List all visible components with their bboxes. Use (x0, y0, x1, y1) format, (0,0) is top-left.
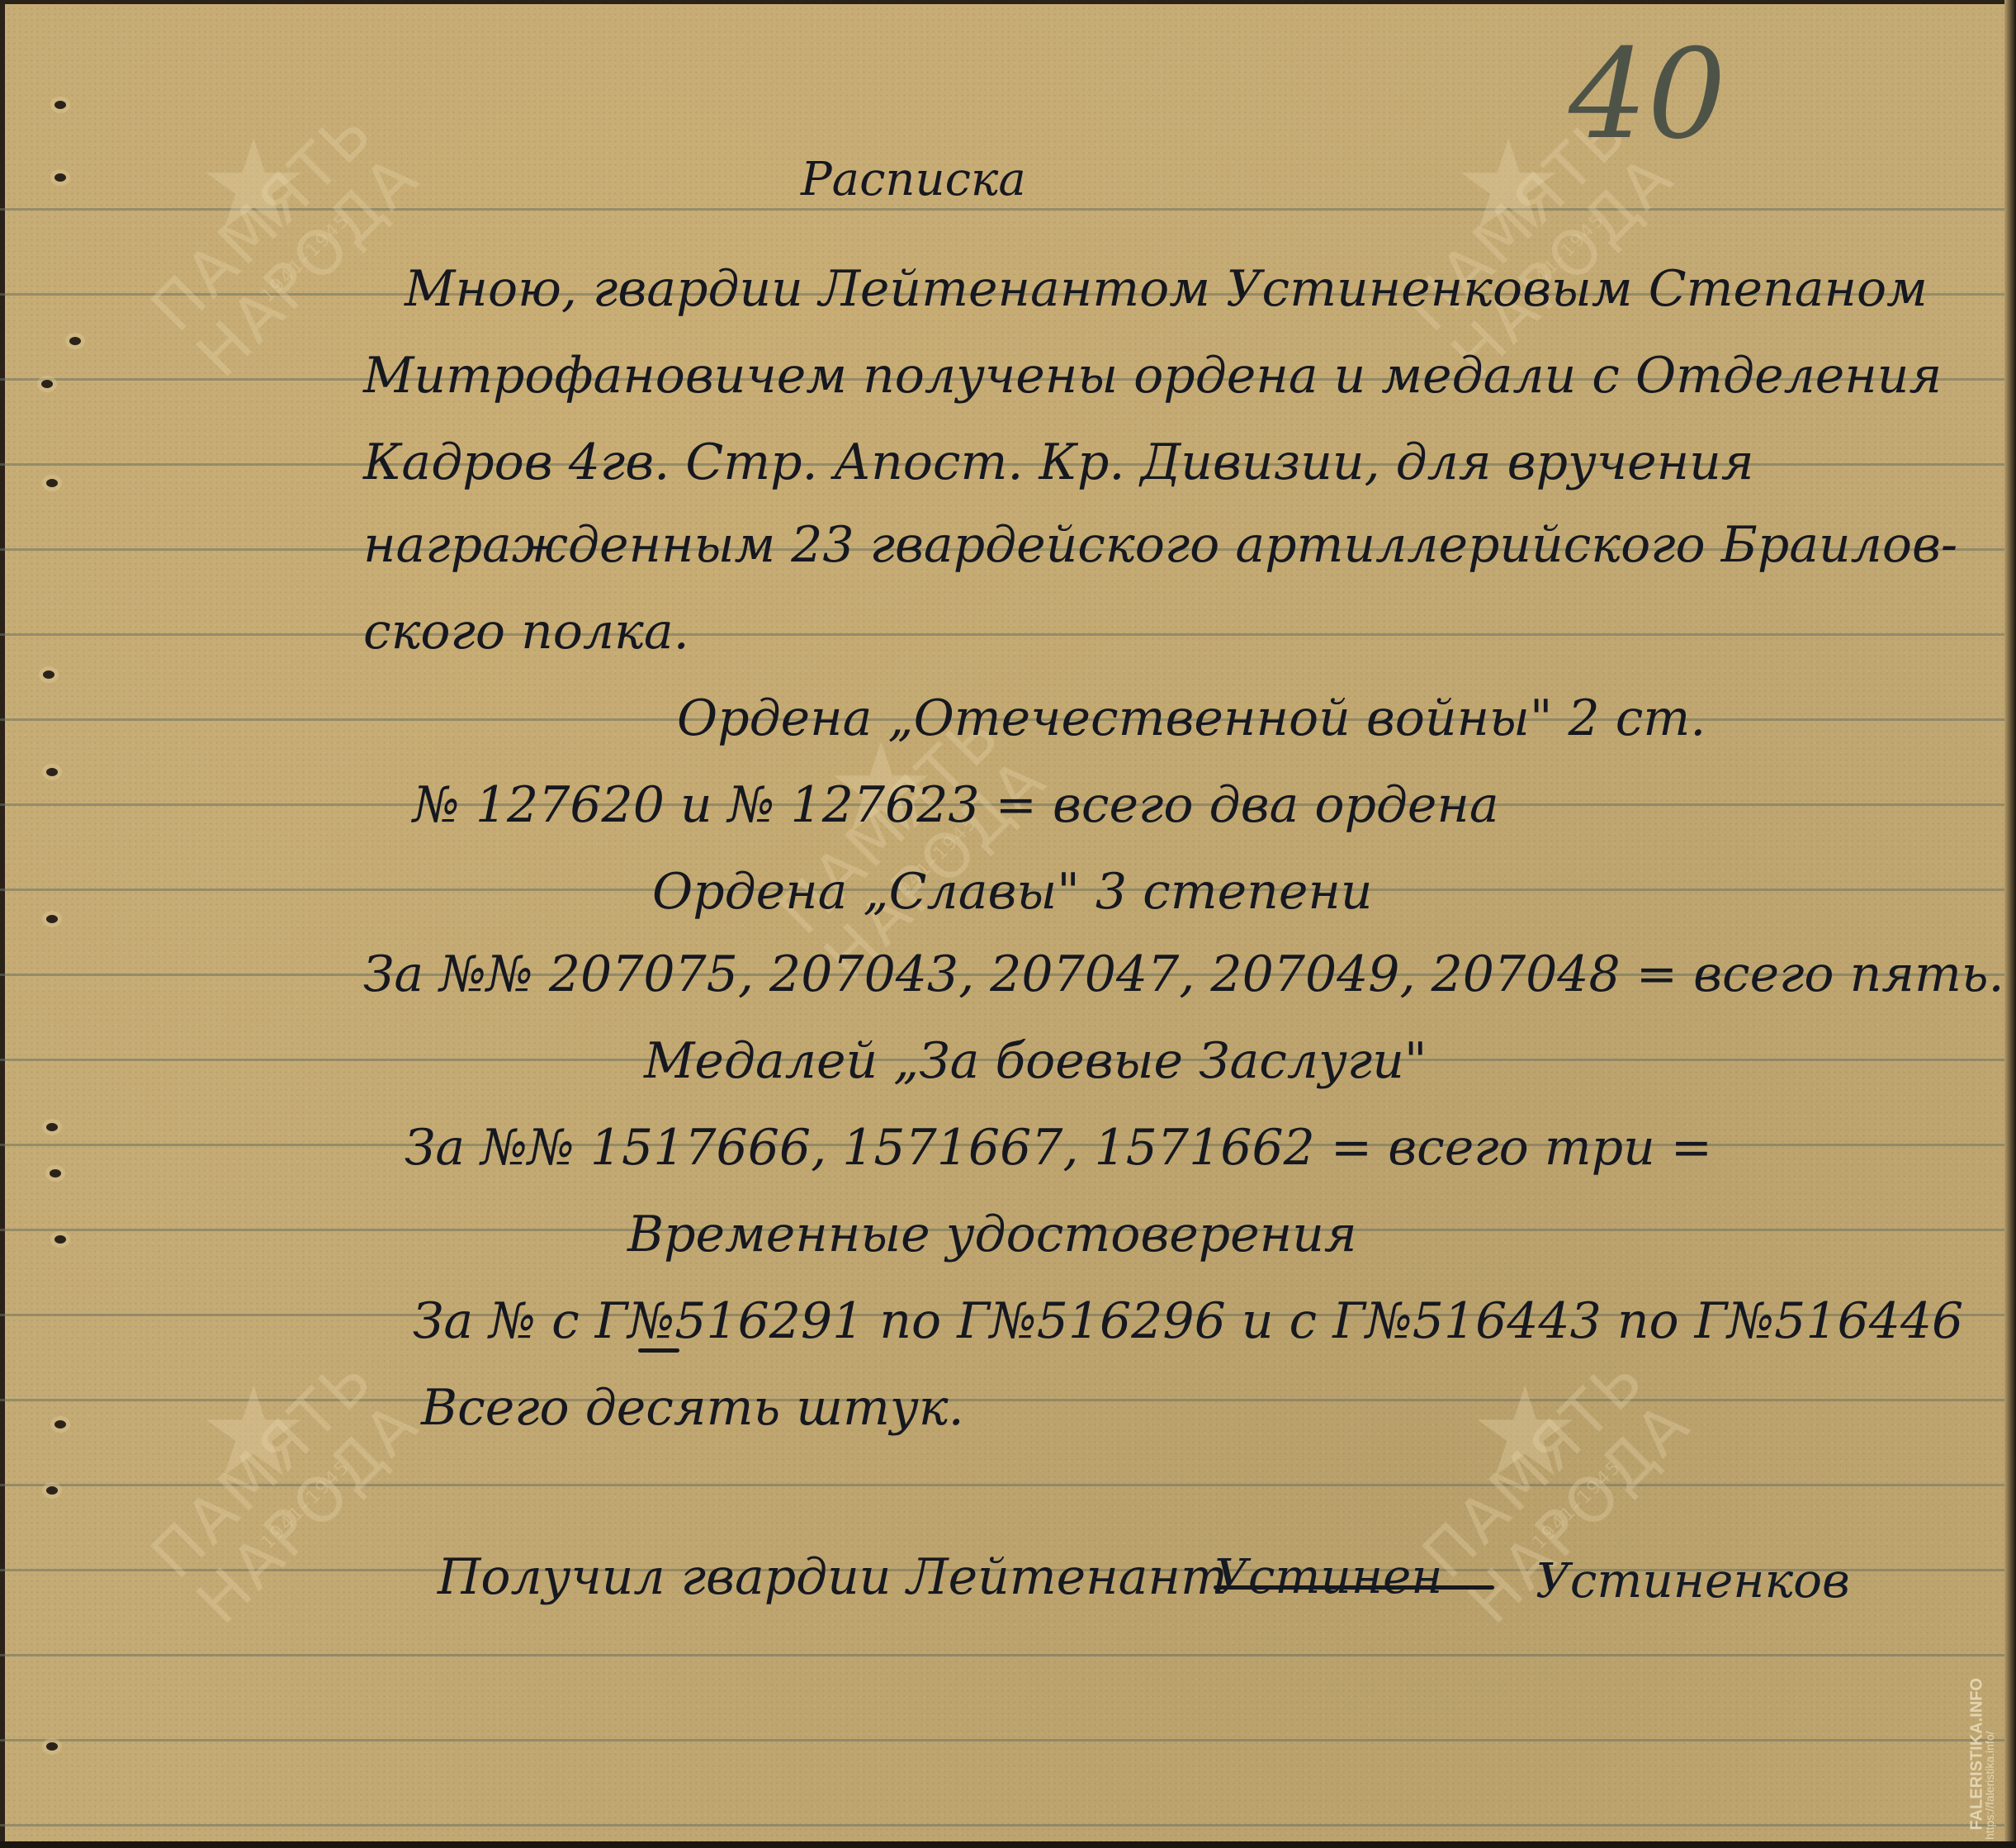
punch-hole (54, 1235, 66, 1244)
medal-combat-merit-heading: Медалей „За боевые Заслуги" (644, 1036, 1427, 1086)
punch-hole (46, 915, 58, 923)
order-glory-heading: Ордена „Славы" 3 степени (652, 867, 1373, 917)
body-line-5: ского полка. (363, 607, 689, 656)
watermark-years: 1941–1945 (258, 1457, 354, 1553)
ruled-line (0, 1399, 2004, 1401)
punch-hole (43, 670, 54, 679)
site-badge: FALERISTIKA.INFO https://faleristika.inf… (1948, 1676, 2006, 1841)
punch-hole (41, 380, 53, 388)
ruled-line (0, 1484, 2004, 1486)
punch-hole (54, 101, 66, 109)
temporary-certificates-heading: Временные удостоверения (627, 1210, 1357, 1259)
page-top-edge (0, 0, 2016, 4)
order-glory-numbers: За №№ 207075, 207043, 207047, 207049, 20… (363, 950, 2004, 999)
punch-hole (50, 1169, 61, 1178)
signature: Устиненков (1536, 1552, 1850, 1609)
body-line-3: Кадров 4гв. Стр. Апост. Кр. Дивизии, для… (363, 438, 1754, 487)
watermark-text: ПАМЯТЬ НАРОДА (140, 97, 431, 388)
star-icon: ★ (1469, 1371, 1580, 1495)
total-count-line: Всего десять штук. (421, 1383, 964, 1433)
document-page: ★ 1941–1945 ПАМЯТЬ НАРОДА ★ 1941–1945 ПА… (0, 0, 2016, 1848)
document-title: Расписка (801, 157, 1026, 203)
temporary-certificates-numbers: За № с Г№516291 по Г№516296 и с Г№516443… (413, 1296, 1963, 1346)
watermark-years: 1941–1945 (258, 210, 354, 306)
body-line-2: Митрофановичем получены ордена и медали … (363, 351, 1942, 400)
star-icon: ★ (1453, 124, 1564, 248)
star-icon: ★ (198, 124, 309, 248)
strike-through (1214, 1585, 1494, 1590)
page-bottom-edge (0, 1841, 2016, 1848)
ruled-line (0, 208, 2004, 211)
underline-mark (638, 1348, 679, 1353)
page-right-edge (2004, 0, 2016, 1848)
punch-hole (46, 1123, 58, 1131)
order-patriotic-war-numbers: № 127620 и № 127623 = всего два ордена (413, 780, 1499, 830)
page-number: 40 (1569, 33, 1726, 157)
medal-combat-merit-numbers: За №№ 1517666, 1571667, 1571662 = всего … (405, 1123, 1712, 1173)
ruled-line (0, 1654, 2004, 1656)
watermark-text: ПАМЯТЬ НАРОДА (140, 1344, 431, 1635)
order-patriotic-war-heading: Ордена „Отечественной войны" 2 ст. (677, 694, 1706, 743)
punch-hole (69, 337, 81, 345)
punch-hole (54, 1420, 66, 1429)
body-line-4: награжденным 23 гвардейского артиллерийс… (363, 520, 1957, 570)
watermark: ★ 1941–1945 ПАМЯТЬ НАРОДА (149, 1371, 462, 1734)
punch-hole (46, 768, 58, 776)
received-by-line: Получил гвардии Лейтенант (438, 1552, 1228, 1602)
star-icon: ★ (198, 1371, 309, 1495)
ruled-line (0, 633, 2004, 636)
body-line-1: Мною, гвардии Лейтенантом Устиненковым С… (405, 264, 1928, 314)
site-url: https://faleristika.info/ (1983, 1683, 1996, 1840)
punch-hole (46, 1742, 58, 1751)
signature-crossed-out: Устинен (1214, 1548, 1442, 1604)
punch-hole (46, 479, 58, 487)
punch-hole (54, 173, 66, 182)
watermark-years: 1941–1945 (1529, 1457, 1626, 1553)
ruled-line (0, 1824, 2004, 1827)
ruled-line (0, 1739, 2004, 1741)
punch-hole (46, 1486, 58, 1495)
